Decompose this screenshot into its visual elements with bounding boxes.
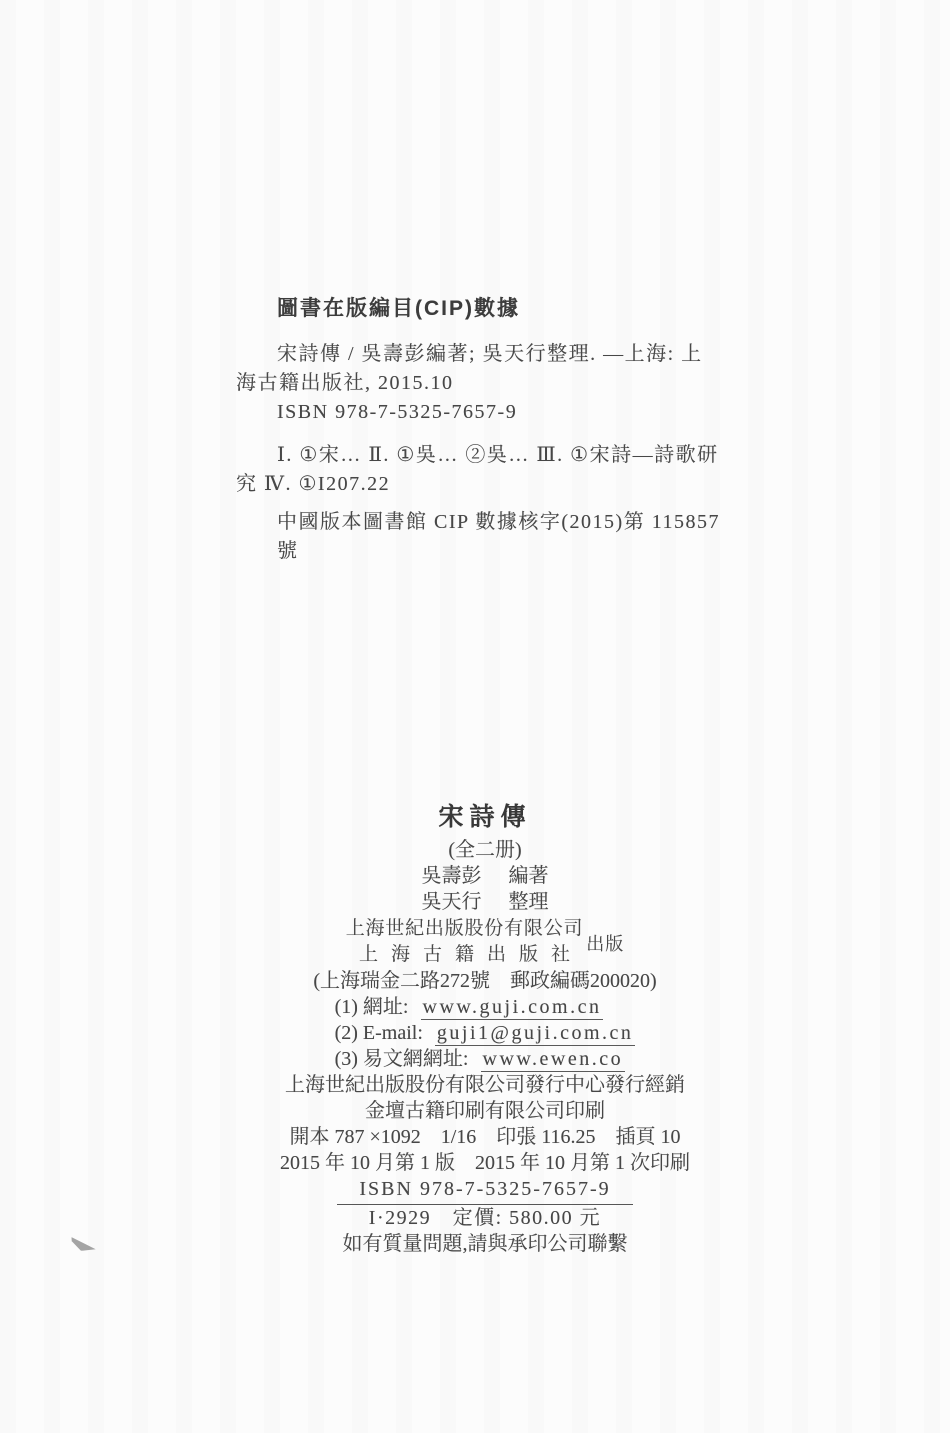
cip-entry-line1: 宋詩傳 / 吳壽彭編著; 吳天行整理. —上海: 上: [236, 340, 746, 369]
publisher-address: (上海瑞金二路272號 郵政編碼200020): [10, 968, 950, 994]
contact-website-url: www.guji.com.cn: [421, 996, 604, 1020]
cip-heading: 圖書在版編目(CIP)數據: [236, 294, 746, 323]
volume-note: (全二册): [10, 837, 950, 863]
author-name: 吳壽彭: [422, 865, 482, 887]
book-copyright-page: 圖書在版編目(CIP)數據 宋詩傳 / 吳壽彭編著; 吳天行整理. —上海: 上…: [0, 0, 950, 1433]
contact-line-email: (2) E-mail:guji1@guji.com.cn: [335, 1020, 636, 1046]
cip-isbn-line: ISBN 978-7-5325-7657-9: [236, 398, 746, 427]
distribution-line: 上海世紀出版股份有限公司發行中心發行經銷: [10, 1072, 950, 1098]
publish-label: 出版: [586, 931, 624, 957]
edition-line: 2015 年 10 月第 1 版 2015 年 10 月第 1 次印刷: [10, 1150, 950, 1176]
isbn-line: ISBN 978-7-5325-7657-9: [337, 1176, 632, 1205]
publisher-section: 上海世紀出版股份有限公司 上海古籍出版社 出版: [10, 915, 950, 968]
cip-registration: 中國版本圖書館 CIP 數據核字(2015)第 115857 號: [236, 508, 746, 566]
collator-role: 整理: [509, 891, 549, 913]
cip-classification: Ⅰ. ①宋… Ⅱ. ①吳… ②吳… Ⅲ. ①宋詩—詩歌研 究 Ⅳ. ①I207.…: [236, 441, 746, 499]
contact-website-label: (1) 網址:: [335, 996, 409, 1018]
printer-line: 金壇古籍印刷有限公司印刷: [10, 1098, 950, 1124]
contact-line-website: (1) 網址:www.guji.com.cn: [335, 994, 636, 1020]
author-role: 編著: [509, 865, 549, 887]
publisher-unit: 上海世紀出版股份有限公司 上海古籍出版社 出版: [346, 916, 625, 968]
cip-class-line1: Ⅰ. ①宋… Ⅱ. ①吳… ②吳… Ⅲ. ①宋詩—詩歌研: [236, 441, 746, 470]
isbn-section: ISBN 978-7-5325-7657-9: [10, 1176, 950, 1205]
contact-list: (1) 網址:www.guji.com.cn (2) E-mail:guji1@…: [335, 994, 636, 1072]
contact-email-label: (2) E-mail:: [335, 1022, 423, 1044]
publisher-group-name: 上海世紀出版股份有限公司: [346, 916, 584, 942]
contact-ewen-url: www.ewen.co: [481, 1048, 626, 1072]
collator-name: 吳天行: [422, 891, 482, 913]
colophon-block: 宋詩傳 (全二册) 吳壽彭編著 吳天行整理 上海世紀出版股份有限公司 上海古籍出…: [10, 802, 950, 1257]
publisher-names: 上海世紀出版股份有限公司 上海古籍出版社: [346, 916, 584, 968]
cip-entry: 宋詩傳 / 吳壽彭編著; 吳天行整理. —上海: 上 海古籍出版社, 2015.…: [236, 340, 746, 427]
author-line: 吳壽彭編著: [10, 863, 950, 889]
contact-line-ewen: (3) 易文網網址:www.ewen.co: [335, 1046, 636, 1072]
contact-section: (1) 網址:www.guji.com.cn (2) E-mail:guji1@…: [10, 994, 950, 1072]
cip-class-line2: 究 Ⅳ. ①I207.22: [236, 470, 746, 499]
format-line: 開本 787 ×1092 1/16 印張 116.25 插頁 10: [10, 1124, 950, 1150]
quality-note: 如有質量問題,請與承印公司聯繫: [10, 1231, 950, 1257]
contact-ewen-label: (3) 易文網網址:: [335, 1048, 469, 1070]
cip-block: 圖書在版編目(CIP)數據 宋詩傳 / 吳壽彭編著; 吳天行整理. —上海: 上…: [236, 294, 746, 566]
publisher-name: 上海古籍出版社: [346, 942, 597, 968]
cip-entry-line2: 海古籍出版社, 2015.10: [236, 369, 746, 398]
contact-email-value: guji1@guji.com.cn: [435, 1022, 635, 1046]
book-title: 宋詩傳: [10, 802, 950, 832]
collator-line: 吳天行整理: [10, 889, 950, 915]
price-line: I·2929 定價: 580.00 元: [10, 1205, 950, 1231]
